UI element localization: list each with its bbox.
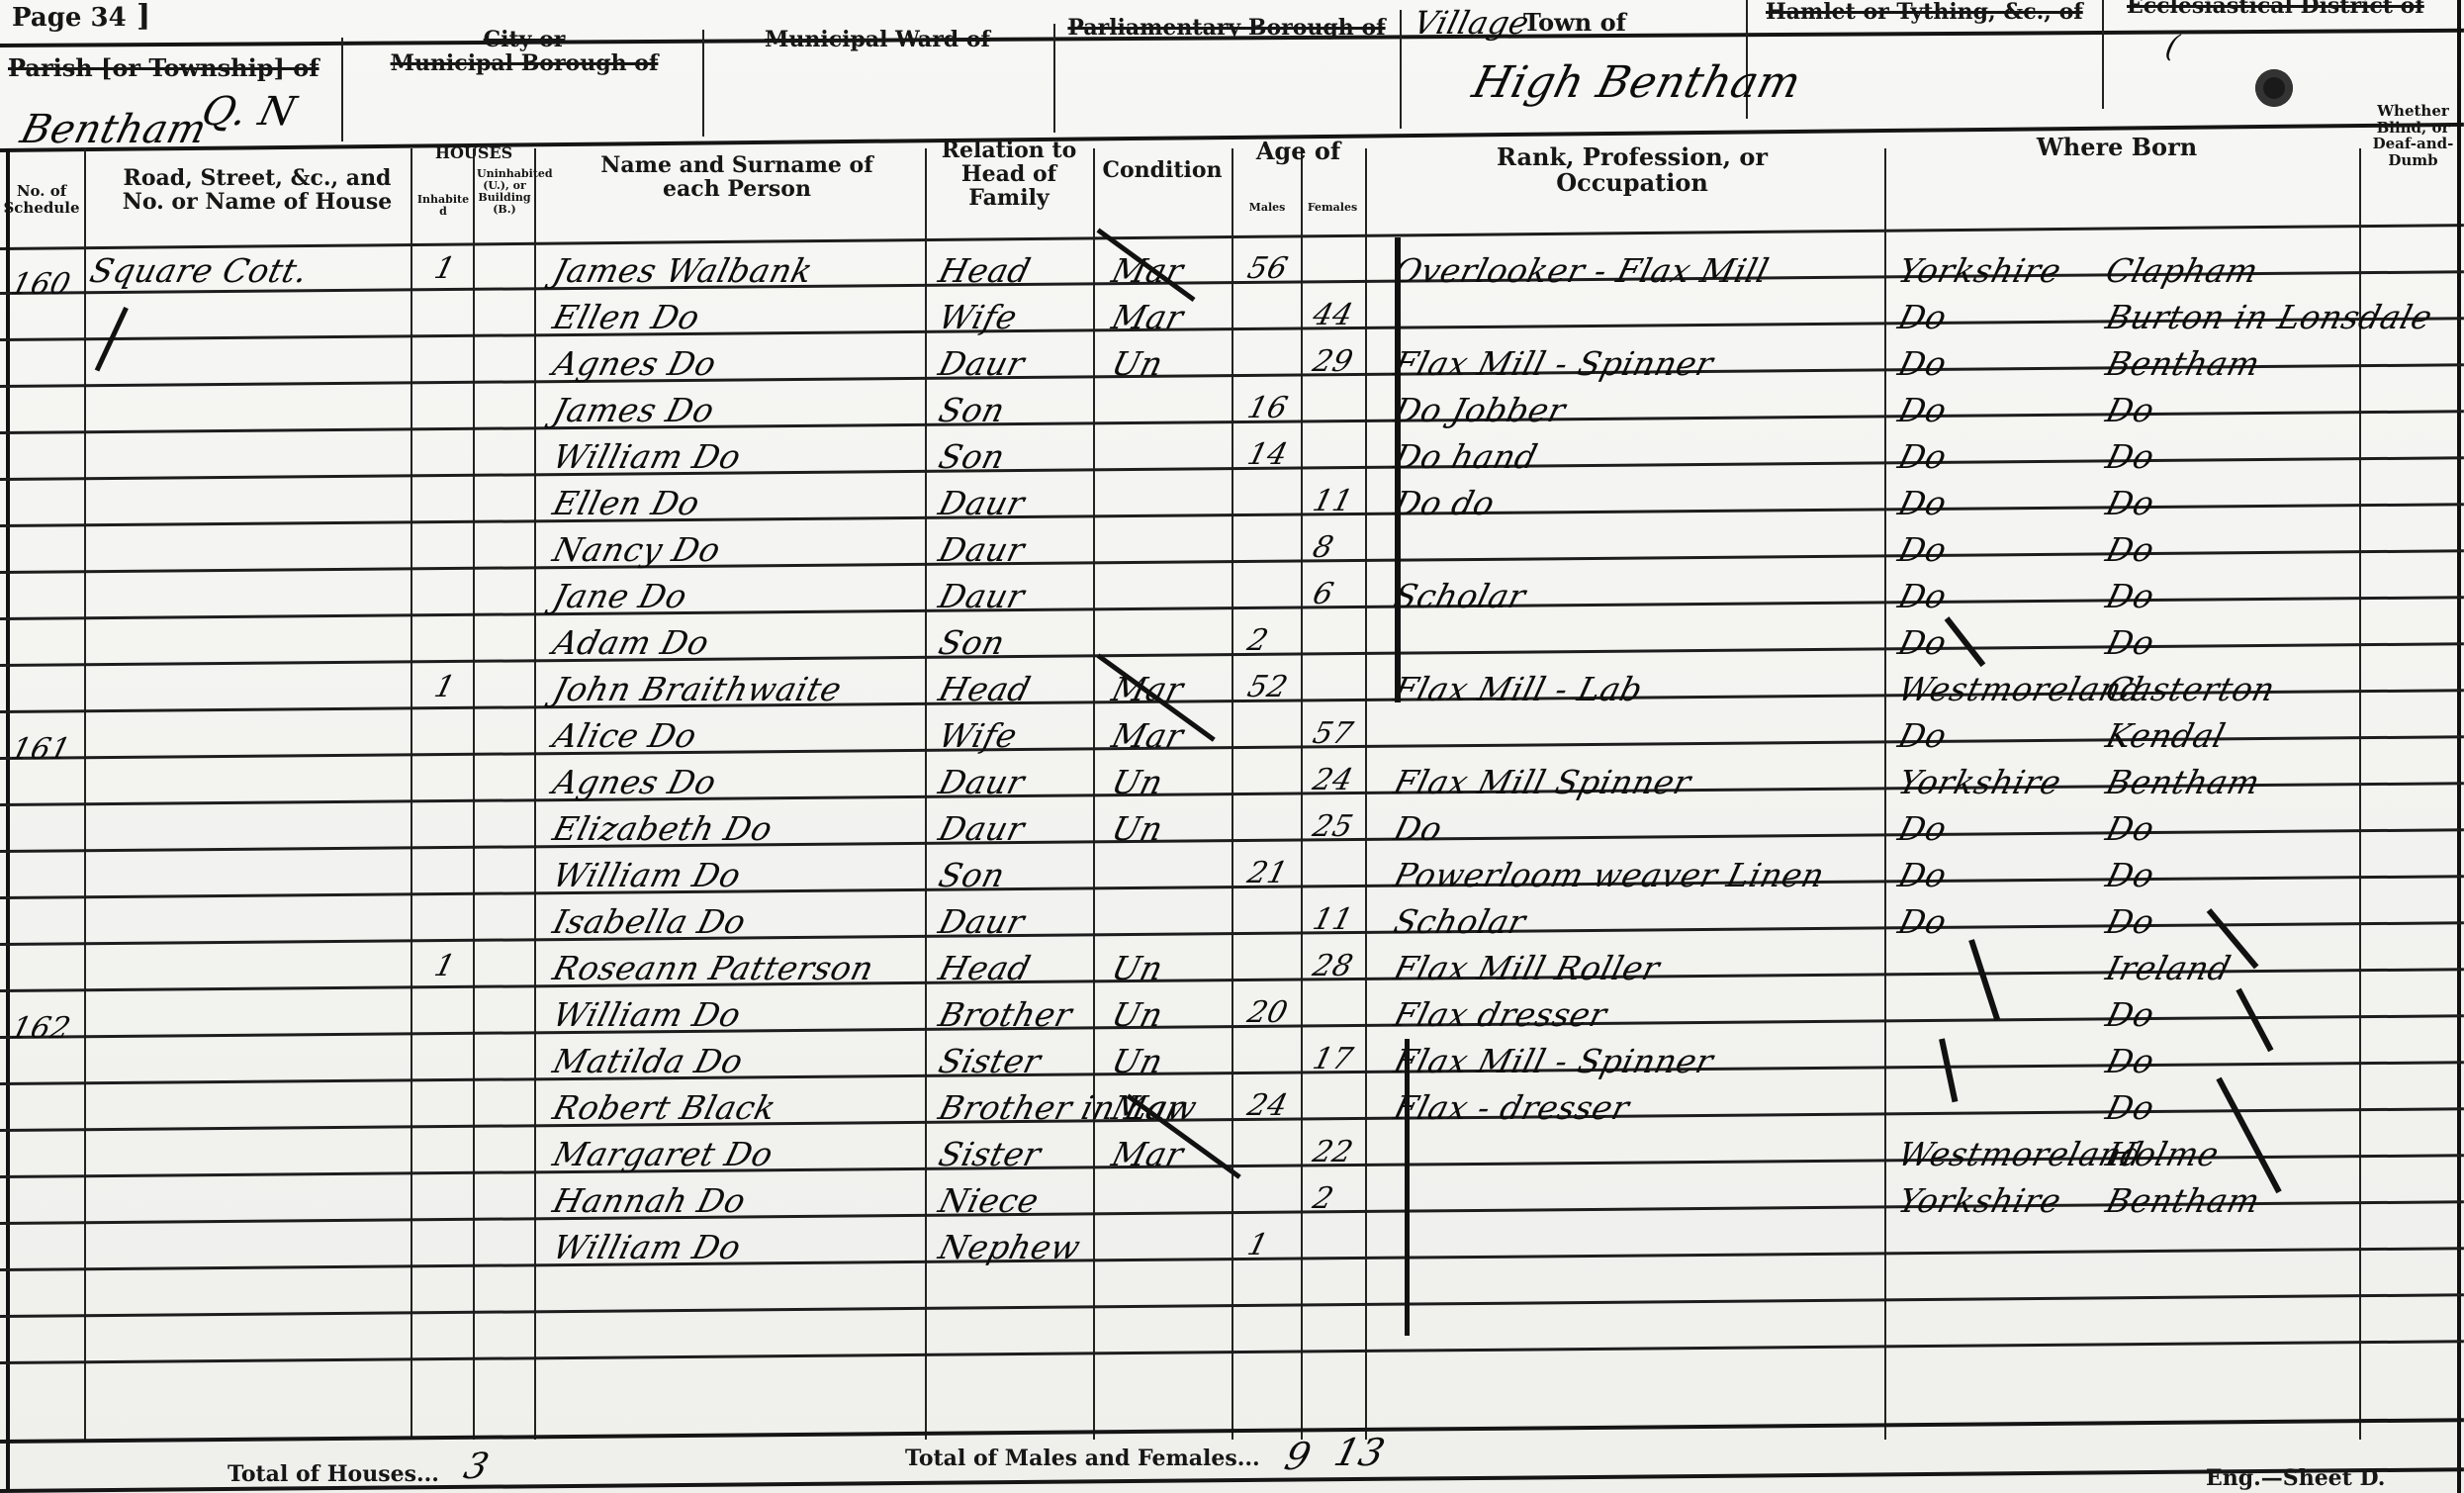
born-place: Casterton xyxy=(2102,670,2279,708)
person-name: Agnes Do xyxy=(549,344,720,383)
born-place: Do xyxy=(2102,623,2158,662)
relation: Sister xyxy=(935,1042,1045,1080)
table-row: Ellen DoDaur11Do doDoDo xyxy=(0,482,2464,528)
relation: Sister xyxy=(935,1135,1045,1173)
occupation: Flax - dresser xyxy=(1390,1088,1633,1127)
table-row: Agnes DoDaurUn29Flax Mill - SpinnerDoBen… xyxy=(0,342,2464,389)
col-road: Road, Street, &c., and No. or Name of Ho… xyxy=(109,166,406,214)
col-uninhabited: Uninhabited (U.), or Building (B.) xyxy=(477,168,532,216)
born-place: Holme xyxy=(2102,1135,2223,1173)
female-age: 44 xyxy=(1310,298,1357,332)
person-name: Agnes Do xyxy=(549,763,720,801)
header-divider xyxy=(341,38,343,141)
relation: Daur xyxy=(935,530,1029,569)
table-row: 161Alice DoWifeMar57DoKendal xyxy=(0,714,2464,761)
total-houses-value: 3 xyxy=(460,1446,494,1487)
condition: Un xyxy=(1108,1042,1167,1080)
relation: Niece xyxy=(935,1181,1043,1220)
col-houses: HOUSES xyxy=(415,144,532,162)
born-county: Do xyxy=(1894,391,1951,429)
female-age: 11 xyxy=(1310,902,1357,937)
header-divider xyxy=(702,30,704,137)
relation: Son xyxy=(935,856,1009,894)
sheet-label: Eng.—Sheet D. xyxy=(2206,1466,2385,1490)
born-county: Do xyxy=(1894,484,1951,522)
born-county: Do xyxy=(1894,623,1951,662)
table-row: 162William DoBrotherUn20Flax dresserDo xyxy=(0,993,2464,1040)
occupation: Scholar xyxy=(1390,577,1529,615)
table-row: Matilda DoSisterUn17Flax Mill - SpinnerD… xyxy=(0,1040,2464,1086)
born-place: Do xyxy=(2102,856,2158,894)
born-place: Clapham xyxy=(2102,251,2262,290)
born-place: Do xyxy=(2102,530,2158,569)
col-occupation: Rank, Profession, or Occupation xyxy=(1424,144,1840,197)
person-name: William Do xyxy=(549,437,745,476)
born-place: Ireland xyxy=(2102,949,2235,987)
person-name: Adam Do xyxy=(549,623,713,662)
table-row: Nancy DoDaur8DoDo xyxy=(0,528,2464,575)
hamlet-label: Hamlet or Tything, &c., of xyxy=(1766,0,2083,24)
table-row: 1Roseann PattersonHeadUn28Flax Mill Roll… xyxy=(0,947,2464,993)
table-row: William DoSon14Do handDoDo xyxy=(0,435,2464,482)
table-row xyxy=(0,1319,2464,1365)
born-place: Kendal xyxy=(2102,716,2230,755)
occupation: Flax Mill - Spinner xyxy=(1390,344,1717,383)
col-males: Males xyxy=(1236,202,1298,214)
condition: Un xyxy=(1108,763,1167,801)
born-county: Do xyxy=(1894,902,1951,941)
town-value: High Bentham xyxy=(1468,57,1806,108)
relation: Brother xyxy=(935,995,1076,1034)
col-where-born: Where Born xyxy=(1968,135,2265,160)
female-age: 28 xyxy=(1310,949,1357,983)
born-place: Do xyxy=(2102,1042,2158,1080)
male-age: 21 xyxy=(1244,856,1292,890)
relation: Wife xyxy=(935,298,1021,336)
female-age: 22 xyxy=(1310,1135,1357,1169)
occupation-bracket xyxy=(1405,1039,1410,1336)
relation: Daur xyxy=(935,344,1029,383)
born-place: Do xyxy=(2102,809,2158,848)
table-row xyxy=(0,1272,2464,1319)
born-place: Do xyxy=(2102,437,2158,476)
female-age: 11 xyxy=(1310,484,1357,518)
table-row: William DoNephew1 xyxy=(0,1226,2464,1272)
condition: Un xyxy=(1108,809,1167,848)
town-prefix: Village xyxy=(1410,4,1533,42)
male-age: 24 xyxy=(1244,1088,1292,1123)
male-age: 14 xyxy=(1244,437,1292,472)
born-place: Do xyxy=(2102,995,2158,1034)
person-name: Nancy Do xyxy=(549,530,724,569)
page-label-bracket: ] xyxy=(137,0,150,33)
col-relation: Relation to Head of Family xyxy=(935,139,1083,211)
female-age: 57 xyxy=(1310,716,1357,751)
born-county: Do xyxy=(1894,856,1951,894)
person-name: Alice Do xyxy=(549,716,701,755)
table-row: William DoSon21Powerloom weaver LinenDoD… xyxy=(0,854,2464,900)
table-row: Adam DoSon2DoDo xyxy=(0,621,2464,668)
table-row: Ellen DoWifeMar44DoBurton in Lonsdale xyxy=(0,296,2464,342)
person-name: James Do xyxy=(549,391,718,429)
born-county: Do xyxy=(1894,298,1951,336)
header-divider xyxy=(1400,10,1402,129)
occupation: Overlooker - Flax Mill xyxy=(1390,251,1773,290)
table-row: Elizabeth DoDaurUn25DoDoDo xyxy=(0,807,2464,854)
header-divider xyxy=(2102,0,2104,109)
ecclesiastical-label: Ecclesiastical District of xyxy=(2127,0,2424,18)
person-name: Margaret Do xyxy=(549,1135,777,1173)
born-county: Do xyxy=(1894,809,1951,848)
born-place: Bentham xyxy=(2102,344,2264,383)
col-females: Females xyxy=(1302,202,1363,214)
table-row: Robert BlackBrother in LawMar24Flax - dr… xyxy=(0,1086,2464,1133)
census-page: Page 34 ] Parish [or Township] of Bentha… xyxy=(0,0,2464,1493)
relation: Daur xyxy=(935,902,1029,941)
parish-label: Parish [or Township] of xyxy=(8,55,319,81)
condition: Un xyxy=(1108,995,1167,1034)
born-place: Do xyxy=(2102,391,2158,429)
col-name: Name and Surname of each Person xyxy=(569,153,905,201)
female-age: 24 xyxy=(1310,763,1357,797)
col-schedule: No. of Schedule xyxy=(2,183,81,216)
occupation: Do Jobber xyxy=(1390,391,1570,429)
male-age: 56 xyxy=(1244,251,1292,286)
born-place: Do xyxy=(2102,577,2158,615)
page-label: Page 34 xyxy=(12,4,127,33)
table-row: Isabella DoDaur11ScholarDoDo xyxy=(0,900,2464,947)
person-name: Ellen Do xyxy=(549,298,704,336)
occupation-bracket xyxy=(1395,237,1401,702)
female-age: 6 xyxy=(1310,577,1337,611)
born-county: Do xyxy=(1894,344,1951,383)
person-name: Matilda Do xyxy=(549,1042,747,1080)
relation: Head xyxy=(935,949,1035,987)
occupation: Powerloom weaver Linen xyxy=(1390,856,1828,894)
relation: Daur xyxy=(935,809,1029,848)
female-age: 25 xyxy=(1310,809,1357,844)
relation: Son xyxy=(935,623,1009,662)
relation: Nephew xyxy=(935,1228,1084,1266)
born-place: Do xyxy=(2102,1088,2158,1127)
city-label: City or Municipal Borough of xyxy=(356,28,692,75)
relation: Head xyxy=(935,670,1035,708)
person-name: Hannah Do xyxy=(549,1181,750,1220)
total-people-label: Total of Males and Females... xyxy=(905,1446,1260,1470)
occupation: Flax Mill Roller xyxy=(1390,949,1664,987)
ecclesiastical-value: ( xyxy=(2162,30,2183,64)
table-row: 160Square Cott.1James WalbankHeadMar56Ov… xyxy=(0,249,2464,296)
male-age: 16 xyxy=(1244,391,1292,425)
male-age: 20 xyxy=(1244,995,1292,1030)
parish-note: Q. N xyxy=(197,89,301,135)
total-males-value: 9 xyxy=(1281,1435,1317,1478)
inhabited-count: 1 xyxy=(431,670,459,704)
born-place: Burton in Lonsdale xyxy=(2102,298,2436,336)
born-county: Do xyxy=(1894,437,1951,476)
town-label: Town of xyxy=(1523,10,1626,36)
born-county: Do xyxy=(1894,716,1951,755)
table-row: Hannah DoNiece2YorkshireBentham xyxy=(0,1179,2464,1226)
col-condition: Condition xyxy=(1098,158,1227,182)
col-inhabited: Inhabited xyxy=(415,194,471,218)
person-name: Isabella Do xyxy=(549,902,750,941)
relation: Wife xyxy=(935,716,1021,755)
person-name: James Walbank xyxy=(549,251,817,290)
person-name: Jane Do xyxy=(549,577,691,615)
born-place: Do xyxy=(2102,484,2158,522)
occupation: Scholar xyxy=(1390,902,1529,941)
relation: Daur xyxy=(935,577,1029,615)
born-place: Bentham xyxy=(2102,763,2264,801)
occupation: Flax Mill Spinner xyxy=(1390,763,1694,801)
person-name: Roseann Patterson xyxy=(549,949,877,987)
header-divider xyxy=(1053,24,1055,133)
occupation: Flax Mill - Spinner xyxy=(1390,1042,1717,1080)
table-row: Jane DoDaur6ScholarDoDo xyxy=(0,575,2464,621)
binding-hole xyxy=(2255,69,2293,107)
ward-label: Municipal Ward of xyxy=(714,28,1041,51)
occupation: Do hand xyxy=(1390,437,1541,476)
relation: Son xyxy=(935,391,1009,429)
person-name: William Do xyxy=(549,995,745,1034)
male-age: 52 xyxy=(1244,670,1292,704)
female-age: 17 xyxy=(1310,1042,1357,1076)
male-age: 2 xyxy=(1244,623,1272,658)
condition: Un xyxy=(1108,344,1167,383)
person-name: Ellen Do xyxy=(549,484,704,522)
condition: Mar xyxy=(1108,1135,1187,1173)
born-county: Yorkshire xyxy=(1894,763,2065,801)
relation: Daur xyxy=(935,484,1029,522)
condition: Mar xyxy=(1108,716,1187,755)
parish-value: Bentham xyxy=(16,107,211,152)
female-age: 8 xyxy=(1310,530,1337,565)
inhabited-count: 1 xyxy=(431,949,459,983)
table-row: James DoSon16Do JobberDoDo xyxy=(0,389,2464,435)
parliamentary-label: Parliamentary Borough of xyxy=(1063,16,1390,40)
born-place: Do xyxy=(2102,902,2158,941)
male-age: 1 xyxy=(1244,1228,1272,1262)
born-county: Do xyxy=(1894,577,1951,615)
born-place: Bentham xyxy=(2102,1181,2264,1220)
total-females-value: 13 xyxy=(1330,1431,1390,1474)
relation: Daur xyxy=(935,763,1029,801)
born-county: Do xyxy=(1894,530,1951,569)
col-blind: Whether Blind, or Deaf-and-Dumb xyxy=(2366,103,2460,168)
inhabited-count: 1 xyxy=(431,251,459,286)
person-name: William Do xyxy=(549,1228,745,1266)
occupation: Flax dresser xyxy=(1390,995,1611,1034)
total-houses-label: Total of Houses... xyxy=(228,1462,439,1486)
table-row: 1John BraithwaiteHeadMar52Flax Mill - La… xyxy=(0,668,2464,714)
col-age: Age of xyxy=(1236,139,1360,164)
person-name: William Do xyxy=(549,856,745,894)
occupation: Do xyxy=(1390,809,1446,848)
born-county: Yorkshire xyxy=(1894,1181,2065,1220)
female-age: 29 xyxy=(1310,344,1357,379)
person-name: Elizabeth Do xyxy=(549,809,776,848)
road-name: Square Cott. xyxy=(86,251,312,290)
condition: Un xyxy=(1108,949,1167,987)
relation: Head xyxy=(935,251,1035,290)
occupation: Do do xyxy=(1390,484,1499,522)
relation: Son xyxy=(935,437,1009,476)
person-name: John Braithwaite xyxy=(549,670,846,708)
condition: Mar xyxy=(1108,298,1187,336)
table-row: Agnes DoDaurUn24Flax Mill SpinnerYorkshi… xyxy=(0,761,2464,807)
female-age: 2 xyxy=(1310,1181,1337,1216)
occupation: Flax Mill - Lab xyxy=(1390,670,1647,708)
person-name: Robert Black xyxy=(549,1088,780,1127)
born-county: Yorkshire xyxy=(1894,251,2065,290)
